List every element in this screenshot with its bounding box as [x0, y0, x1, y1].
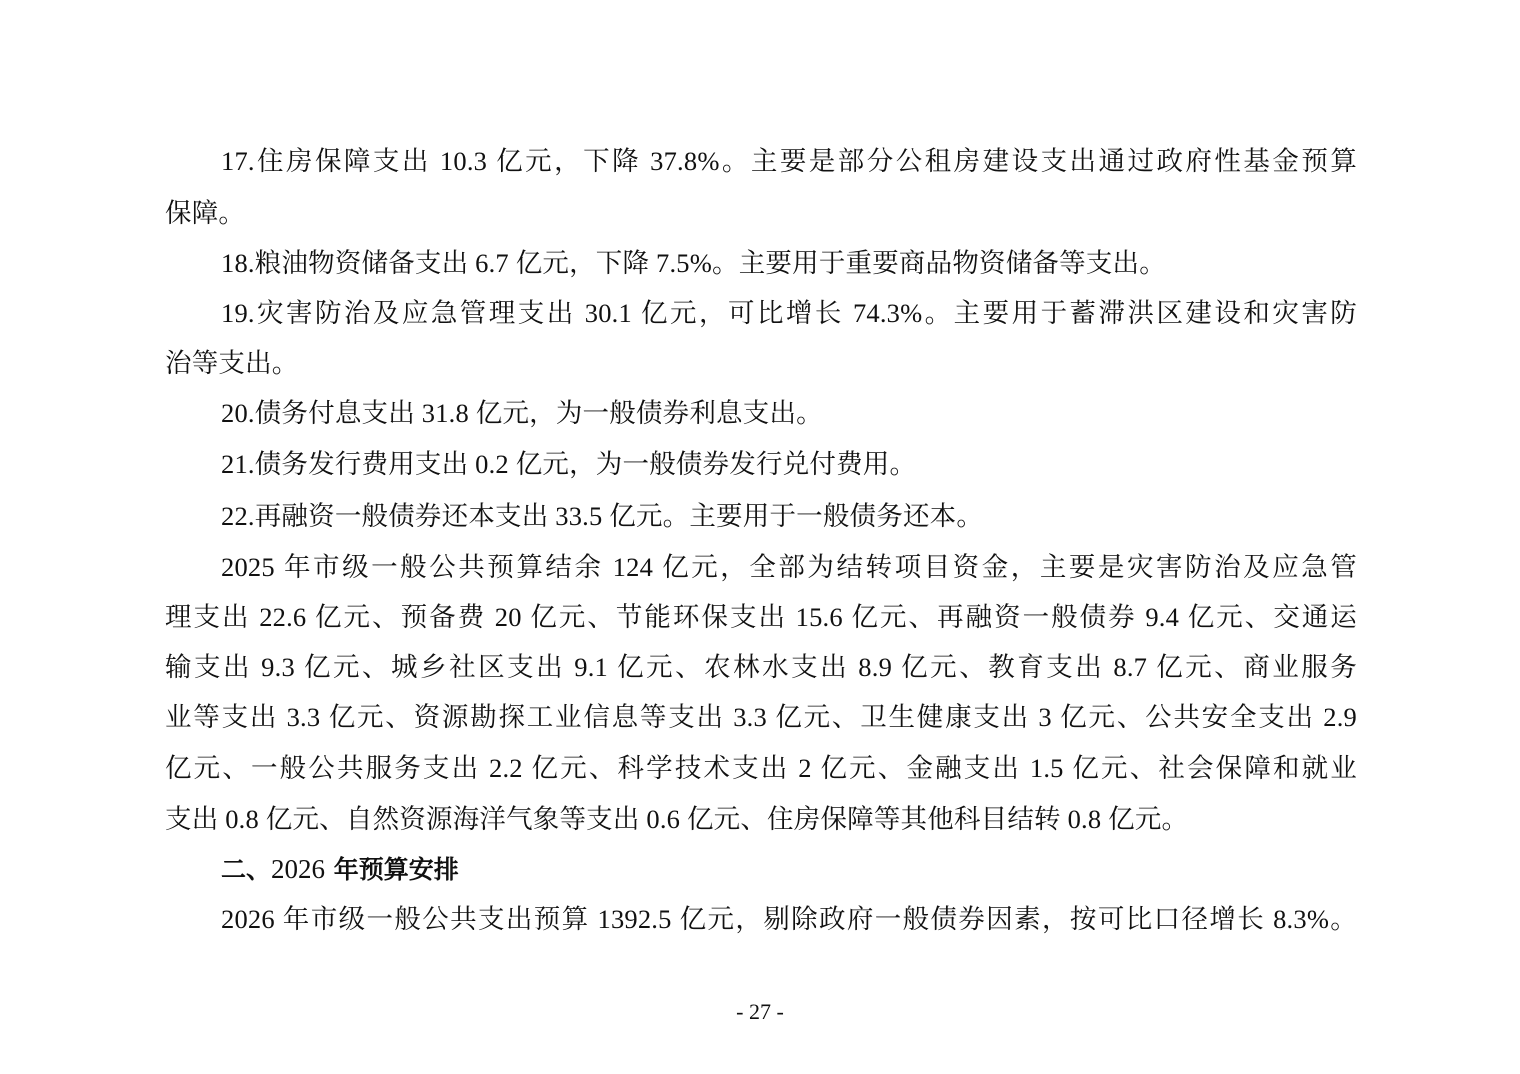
- paragraph-item-21: 21.债务发行费用支出 0.2 亿元，为一般债券发行兑付费用。: [221, 444, 1357, 484]
- section-heading: 二、2026 年预算安排: [221, 849, 1357, 889]
- paragraph-2026-budget: 2026 年市级一般公共支出预算 1392.5 亿元，剔除政府一般债券因素，按可…: [221, 899, 1357, 939]
- paragraph-balance-line-2: 理支出 22.6 亿元、预备费 20 亿元、节能环保支出 15.6 亿元、再融资…: [165, 597, 1357, 637]
- paragraph-item-17-line-1: 17.住房保障支出 10.3 亿元，下降 37.8%。主要是部分公租房建设支出通…: [221, 141, 1357, 181]
- paragraph-balance-line-1: 2025 年市级一般公共预算结余 124 亿元，全部为结转项目资金，主要是灾害防…: [221, 547, 1357, 587]
- section-heading-year: 2026: [271, 854, 325, 884]
- paragraph-item-20: 20.债务付息支出 31.8 亿元，为一般债券利息支出。: [221, 393, 1357, 433]
- section-heading-suffix: 年预算安排: [325, 855, 459, 884]
- paragraph-item-19-line-2: 治等支出。: [165, 343, 1357, 383]
- paragraph-balance-line-4: 业等支出 3.3 亿元、资源勘探工业信息等支出 3.3 亿元、卫生健康支出 3 …: [165, 697, 1357, 737]
- paragraph-balance-line-3: 输支出 9.3 亿元、城乡社区支出 9.1 亿元、农林水支出 8.9 亿元、教育…: [165, 647, 1357, 687]
- document-page: 17.住房保障支出 10.3 亿元，下降 37.8%。主要是部分公租房建设支出通…: [0, 0, 1520, 1074]
- paragraph-item-17-line-2: 保障。: [165, 193, 1357, 233]
- paragraph-item-18: 18.粮油物资储备支出 6.7 亿元，下降 7.5%。主要用于重要商品物资储备等…: [221, 243, 1357, 283]
- page-number: - 27 -: [0, 996, 1520, 1028]
- section-heading-prefix: 二、: [221, 855, 271, 884]
- paragraph-item-22: 22.再融资一般债券还本支出 33.5 亿元。主要用于一般债务还本。: [221, 496, 1357, 536]
- paragraph-balance-line-6: 支出 0.8 亿元、自然资源海洋气象等支出 0.6 亿元、住房保障等其他科目结转…: [165, 799, 1357, 839]
- paragraph-item-19-line-1: 19.灾害防治及应急管理支出 30.1 亿元，可比增长 74.3%。主要用于蓄滞…: [221, 293, 1357, 333]
- paragraph-balance-line-5: 亿元、一般公共服务支出 2.2 亿元、科学技术支出 2 亿元、金融支出 1.5 …: [165, 748, 1357, 788]
